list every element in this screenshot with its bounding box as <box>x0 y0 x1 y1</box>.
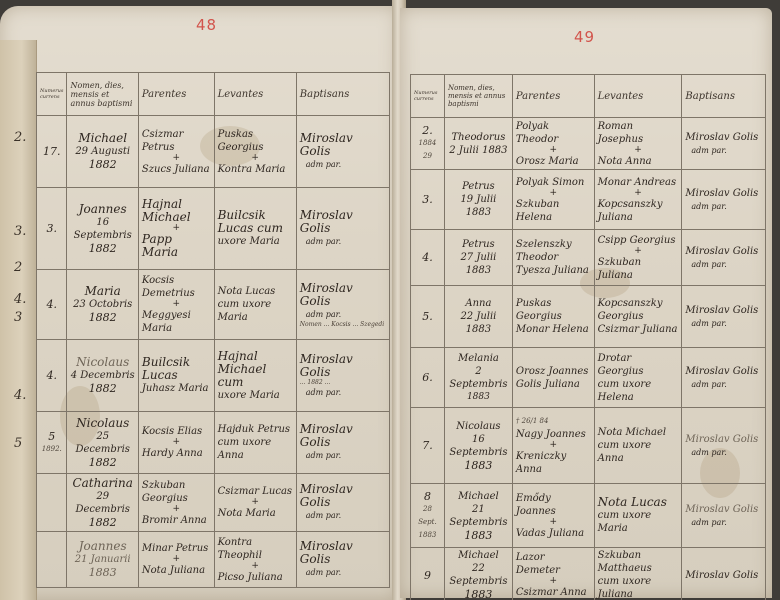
godparent-2: uxore Maria <box>218 389 293 402</box>
register-book: 48 2. 3. 2 4. 3 4. 5 Numerus currens Nom… <box>0 0 780 600</box>
baptizer-cell: Miroslav Golis adm par. Nomen ... Kocsis… <box>296 270 389 340</box>
baptism-year: 1882 <box>70 311 134 324</box>
baptizer-cell: Miroslav Golis adm par. <box>682 230 766 286</box>
child-name: Catharina <box>70 477 134 490</box>
parents-cell: Emődy Joannes + Vadas Juliana <box>512 484 594 548</box>
baptizer-signature: Miroslav Golis <box>300 423 386 449</box>
et-mark: + <box>218 498 293 507</box>
baptizer-note: adm par. <box>685 200 762 213</box>
baptizer-note: adm par. <box>300 566 386 579</box>
year-value: 1883 <box>466 265 491 276</box>
baptizer-cell: Miroslav Golis adm par. <box>682 118 766 170</box>
godparents-cell: Puskas Georgius + Kontra Maria <box>214 116 296 188</box>
entry-number: 8 28 Sept. 1883 <box>411 484 445 548</box>
father: Emődy Joannes <box>516 492 591 518</box>
header-godparents: Levantes <box>214 73 296 116</box>
godparents-cell: Csizmar Lucas + Nota Maria <box>214 474 296 532</box>
mother: Hardy Anna <box>142 447 211 460</box>
et-mark: + <box>142 438 211 447</box>
entry-number-value: 8 <box>424 490 431 503</box>
table-row: 9 Michael 22 Septembris 1883 Lazor Demet… <box>411 548 766 600</box>
table-row: 8 28 Sept. 1883 Michael 21 Septembris 18… <box>411 484 766 548</box>
parents-cell: Szelenszky Theodor Tyesza Juliana <box>512 230 594 286</box>
baptizer-cell: Miroslav Golis adm par. <box>296 532 389 588</box>
child-name: Michael <box>448 490 509 503</box>
et-mark: + <box>142 505 211 514</box>
baptism-date: 2 Septembris <box>448 365 509 391</box>
et-mark: + <box>516 189 591 198</box>
godparent-2: cum uxore Juliana <box>598 575 679 600</box>
table-row: 7. Nicolaus 16 Septembris 1883 † 26/1 84… <box>411 408 766 484</box>
date-value: 19 Julii <box>460 194 496 205</box>
child-name: Nicolaus <box>448 420 509 433</box>
name-date-cell: Maria 23 Octobris 1882 <box>67 270 138 340</box>
baptizer-cell: Miroslav Golis adm par. <box>682 348 766 408</box>
stub-number: 5 <box>14 436 22 451</box>
year-value: 1883 <box>466 324 491 335</box>
mother: Bromir Anna <box>142 514 211 527</box>
baptizer-note: adm par. <box>685 258 762 271</box>
baptism-date: 16 Septembris <box>70 216 134 242</box>
godparent-2: Nota Maria <box>218 507 293 520</box>
baptizer-note: adm par. <box>300 386 386 399</box>
parents-cell: Puskas Georgius Monar Helena <box>512 286 594 348</box>
et-mark: + <box>142 300 211 309</box>
entry-number: 4. <box>37 340 67 412</box>
et-mark: + <box>516 146 591 155</box>
godparents-cell: Kopcsanszky Georgius Csizmar Juliana <box>594 286 682 348</box>
baptizer-cell: Miroslav Golis adm par. <box>682 484 766 548</box>
baptizer-signature: Miroslav Golis <box>300 353 386 379</box>
baptizer-cell: Miroslav Golis adm par. <box>682 286 766 348</box>
entry-number: 4. <box>411 230 445 286</box>
baptizer-note: adm par. <box>685 317 762 330</box>
table-row: 4. Maria 23 Octobris 1882 Kocsis Demetri… <box>37 270 390 340</box>
parents-cell: Minar Petrus + Nota Juliana <box>138 532 214 588</box>
godparents-cell: Hajduk Petrus cum uxore Anna <box>214 412 296 474</box>
godparent-1: Nota Lucas <box>218 285 293 298</box>
entry-number-value: 2. <box>422 124 433 137</box>
name-date-cell: Joannes 21 Januarii 1883 <box>67 532 138 588</box>
entry-number <box>37 474 67 532</box>
baptizer-note: adm par. <box>300 308 386 321</box>
et-mark: + <box>598 189 679 198</box>
godparent-1: Roman Josephus <box>598 120 679 146</box>
godparents-cell: Monar Andreas + Kopcsanszky Juliana <box>594 170 682 230</box>
baptizer-note: adm par. <box>300 158 386 171</box>
margin-note: 1892. <box>40 443 63 456</box>
header-parents: Parentes <box>138 73 214 116</box>
father: Lazor Demeter <box>516 551 591 577</box>
parents-cell: † 26/1 84 Nagy Joannes + Kreniczky Anna <box>512 408 594 484</box>
child-name: Petrus <box>448 180 509 193</box>
stub-number: 2 <box>14 260 22 275</box>
baptism-date: 23 Octobris <box>70 298 134 311</box>
margin-note: 28 Sept. 1883 <box>414 503 441 542</box>
parents-cell: Polyak Theodor + Orosz Maria <box>512 118 594 170</box>
child-name: Anna <box>448 297 509 310</box>
godparent-2: cum uxore Maria <box>598 509 679 535</box>
baptizer-cell: Miroslav Golis adm par. <box>296 474 389 532</box>
table-row: 6. Melania 2 Septembris 1883 Orosz Joann… <box>411 348 766 408</box>
baptizer-signature: Miroslav Golis <box>685 569 762 582</box>
child-name: Joannes <box>70 203 134 216</box>
header-number: Numerus currens <box>411 75 445 118</box>
year-value: 1883 <box>466 207 491 218</box>
baptism-date: 29 Decembris <box>70 490 134 516</box>
baptizer-signature: Miroslav Golis <box>685 365 762 378</box>
godparent-2: uxore Maria <box>218 235 293 248</box>
baptizer-cell: Miroslav Golis <box>682 548 766 600</box>
margin-note: 1884 29 <box>414 137 441 163</box>
name-date-cell: Nicolaus 25 Decembris 1882 <box>67 412 138 474</box>
baptism-date: 2 Julii 1883 <box>448 144 509 157</box>
baptism-date: 4 Decembris <box>70 369 134 382</box>
header-name: Nomen, dies, mensis et annus baptismi <box>444 75 512 118</box>
table-row: 5 1892. Nicolaus 25 Decembris 1882 Kocsi… <box>37 412 390 474</box>
godparent-2: Szkuban Juliana <box>598 256 679 282</box>
godparents-cell: Csipp Georgius + Szkuban Juliana <box>594 230 682 286</box>
baptism-year: 1883 <box>70 566 134 579</box>
baptizer-signature: Miroslav Golis <box>300 540 386 566</box>
entry-number: 5. <box>411 286 445 348</box>
godparent-2: Nota Anna <box>598 155 679 168</box>
register-table-left: Numerus currens Nomen, dies, mensis et a… <box>36 72 390 588</box>
et-mark: + <box>516 441 591 450</box>
table-row: 2. 1884 29 Theodorus 2 Julii 1883 Polyak… <box>411 118 766 170</box>
name-date-cell: Catharina 29 Decembris 1882 <box>67 474 138 532</box>
mother: Nota Juliana <box>142 564 211 577</box>
name-date-cell: Michael 21 Septembris 1883 <box>444 484 512 548</box>
name-date-cell: Nicolaus 4 Decembris 1882 <box>67 340 138 412</box>
godparent-1: Csipp Georgius <box>598 234 679 247</box>
father: Szelenszky Theodor <box>516 238 591 264</box>
mother: Vadas Juliana <box>516 527 591 540</box>
entry-number: 3. <box>37 188 67 270</box>
name-date-cell: Michael 29 Augusti 1882 <box>67 116 138 188</box>
child-name: Nicolaus <box>70 356 134 369</box>
godparents-cell: Roman Josephus + Nota Anna <box>594 118 682 170</box>
baptism-date: 22 Julii 1883 <box>448 310 509 336</box>
baptism-date: 21 Septembris <box>448 503 509 529</box>
baptizer-note: adm par. <box>685 378 762 391</box>
stub-number: 2. <box>14 130 26 145</box>
godparents-cell: Nota Lucas cum uxore Maria <box>594 484 682 548</box>
name-date-cell: Melania 2 Septembris 1883 <box>444 348 512 408</box>
stub-number: 3 <box>14 310 22 325</box>
baptizer-note: adm par. <box>300 449 386 462</box>
godparent-1: Szkuban Matthaeus <box>598 549 679 575</box>
table-row: Catharina 29 Decembris 1882 Szkuban Geor… <box>37 474 390 532</box>
et-mark: + <box>142 154 211 163</box>
mother: Juhasz Maria <box>142 382 211 395</box>
header-row: Numerus currens Nomen, dies, mensis et a… <box>37 73 390 116</box>
baptism-date: 27 Julii 1883 <box>448 251 509 277</box>
baptizer-cell: Miroslav Golis adm par. <box>682 408 766 484</box>
register-table-right: Numerus currens Nomen, dies, mensis et a… <box>410 74 766 600</box>
parents-cell: Polyak Simon + Szkuban Helena <box>512 170 594 230</box>
mother: Tyesza Juliana <box>516 264 591 277</box>
baptizer-note: adm par. <box>685 144 762 157</box>
parents-cell: Csizmar Petrus + Szucs Juliana <box>138 116 214 188</box>
child-name: Maria <box>70 285 134 298</box>
page-number-right: 49 <box>574 28 595 46</box>
mother: Golis Juliana <box>516 378 591 391</box>
date-value: 27 Julii <box>460 252 496 263</box>
correction-note: Nomen ... Kocsis ... Szegedi <box>300 321 386 328</box>
father: Puskas Georgius <box>516 297 591 323</box>
godparent-1: Builcsik Lucas cum <box>218 209 293 235</box>
baptizer-signature: Miroslav Golis <box>300 209 386 235</box>
godparents-cell: Drotar Georgius cum uxore Helena <box>594 348 682 408</box>
baptizer-cell: Miroslav Golis adm par. <box>296 412 389 474</box>
et-mark: + <box>516 518 591 527</box>
entry-number: 17. <box>37 116 67 188</box>
parents-cell: Kocsis Elias + Hardy Anna <box>138 412 214 474</box>
godparent-2: cum uxore Helena <box>598 378 679 404</box>
et-mark: + <box>598 146 679 155</box>
godparent-1: Hajduk Petrus <box>218 423 293 436</box>
parents-cell: Lazor Demeter + Csizmar Anna <box>512 548 594 600</box>
godparents-cell: Nota Lucas cum uxore Maria <box>214 270 296 340</box>
godparent-1: Nota Lucas <box>598 496 679 509</box>
godparents-cell: Nota Michael cum uxore Anna <box>594 408 682 484</box>
godparent-2: Kontra Maria <box>218 163 293 176</box>
name-date-cell: Theodorus 2 Julii 1883 <box>444 118 512 170</box>
baptizer-note: adm par. <box>685 446 762 459</box>
godparent-2: Picso Juliana <box>218 571 293 584</box>
father: Szkuban Georgius <box>142 479 211 505</box>
baptizer-signature: Miroslav Golis <box>685 131 762 144</box>
table-row: 3. Petrus 19 Julii 1883 Polyak Simon + S… <box>411 170 766 230</box>
date-value: 22 Julii <box>460 311 496 322</box>
child-name: Petrus <box>448 238 509 251</box>
mother: Kreniczky Anna <box>516 450 591 476</box>
table-row: 17. Michael 29 Augusti 1882 Csizmar Petr… <box>37 116 390 188</box>
baptism-year: 1882 <box>70 456 134 469</box>
godparents-cell: Kontra Theophil + Picso Juliana <box>214 532 296 588</box>
date-value: 2 Julii <box>449 145 479 156</box>
godparent-1: Monar Andreas <box>598 176 679 189</box>
correction-note: ... 1882 ... <box>300 379 386 386</box>
child-name: Melania <box>448 352 509 365</box>
header-baptizer: Baptisans <box>296 73 389 116</box>
baptizer-signature: Miroslav Golis <box>685 187 762 200</box>
child-name: Michael <box>70 132 134 145</box>
baptizer-signature: Miroslav Golis <box>685 503 762 516</box>
father: Kocsis Demetrius <box>142 274 211 300</box>
godparent-1: Drotar Georgius <box>598 352 679 378</box>
entry-number: 4. <box>37 270 67 340</box>
et-mark: + <box>516 577 591 586</box>
godparent-1: Kontra Theophil <box>218 536 293 562</box>
baptism-date: 21 Januarii <box>70 553 134 566</box>
table-row: 5. Anna 22 Julii 1883 Puskas Georgius Mo… <box>411 286 766 348</box>
name-date-cell: Anna 22 Julii 1883 <box>444 286 512 348</box>
parents-cell: Builcsik Lucas Juhasz Maria <box>138 340 214 412</box>
header-name: Nomen, dies, mensis et annus baptismi <box>67 73 138 116</box>
baptizer-cell: Miroslav Golis ... 1882 ... adm par. <box>296 340 389 412</box>
header-godparents: Levantes <box>594 75 682 118</box>
mother: Orosz Maria <box>516 155 591 168</box>
father: Hajnal Michael <box>142 198 211 224</box>
header-number: Numerus currens <box>37 73 67 116</box>
godparent-1: Hajnal Michael cum <box>218 350 293 389</box>
baptism-year: 1883 <box>448 529 509 542</box>
name-date-cell: Petrus 19 Julii 1883 <box>444 170 512 230</box>
year-value: 1883 <box>482 145 507 156</box>
stub-number: 4. <box>14 292 26 307</box>
baptizer-signature: Miroslav Golis <box>685 245 762 258</box>
entry-number: 5 1892. <box>37 412 67 474</box>
baptizer-cell: Miroslav Golis adm par. <box>682 170 766 230</box>
entry-number: 9 <box>411 548 445 600</box>
left-margin-stub: 2. 3. 2 4. 3 4. 5 <box>0 40 37 600</box>
godparents-cell: Szkuban Matthaeus cum uxore Juliana <box>594 548 682 600</box>
stub-number: 4. <box>14 388 26 403</box>
name-date-cell: Joannes 16 Septembris 1882 <box>67 188 138 270</box>
baptism-year: 1882 <box>70 382 134 395</box>
baptizer-note: adm par. <box>300 235 386 248</box>
stub-number: 3. <box>14 224 26 239</box>
godparent-2: cum uxore Maria <box>218 298 293 324</box>
godparent-2: Kopcsanszky Juliana <box>598 198 679 224</box>
mother: Szucs Juliana <box>142 163 211 176</box>
mother: Csizmar Anna <box>516 586 591 599</box>
parents-cell: Kocsis Demetrius + Meggyesi Maria <box>138 270 214 340</box>
child-name: Theodorus <box>448 131 509 144</box>
baptism-date: 19 Julii 1883 <box>448 193 509 219</box>
entry-number <box>37 532 67 588</box>
header-baptizer: Baptisans <box>682 75 766 118</box>
parents-cell: Orosz Joannes Golis Juliana <box>512 348 594 408</box>
parents-cell: Hajnal Michael + Papp Maria <box>138 188 214 270</box>
entry-number-value: 5 <box>48 430 55 443</box>
godparent-2: Csizmar Juliana <box>598 323 679 336</box>
name-date-cell: Michael 22 Septembris 1883 <box>444 548 512 600</box>
baptizer-signature: Miroslav Golis <box>685 433 762 446</box>
death-note: † 26/1 84 <box>516 415 591 428</box>
baptizer-signature: Miroslav Golis <box>300 132 386 158</box>
godparent-1: Puskas Georgius <box>218 128 293 154</box>
entry-number: 2. 1884 29 <box>411 118 445 170</box>
godparents-cell: Builcsik Lucas cum uxore Maria <box>214 188 296 270</box>
mother: Papp Maria <box>142 233 211 259</box>
father: Builcsik Lucas <box>142 356 211 382</box>
godparent-1: Kopcsanszky Georgius <box>598 297 679 323</box>
table-row: Joannes 21 Januarii 1883 Minar Petrus + … <box>37 532 390 588</box>
godparent-2: cum uxore Anna <box>598 439 679 465</box>
godparent-1: Nota Michael <box>598 426 679 439</box>
et-mark: + <box>218 562 293 571</box>
et-mark: + <box>598 247 679 256</box>
baptism-date: 25 Decembris <box>70 430 134 456</box>
baptism-year: 1882 <box>70 516 134 529</box>
baptizer-cell: Miroslav Golis adm par. <box>296 116 389 188</box>
father: Csizmar Petrus <box>142 128 211 154</box>
parents-cell: Szkuban Georgius + Bromir Anna <box>138 474 214 532</box>
baptism-year: 1882 <box>70 158 134 171</box>
name-date-cell: Petrus 27 Julii 1883 <box>444 230 512 286</box>
mother: Meggyesi Maria <box>142 309 211 335</box>
baptism-date: 22 Septembris <box>448 562 509 588</box>
father: Orosz Joannes <box>516 365 591 378</box>
child-name: Joannes <box>70 540 134 553</box>
table-row: 4. Petrus 27 Julii 1883 Szelenszky Theod… <box>411 230 766 286</box>
table-row: 3. Joannes 16 Septembris 1882 Hajnal Mic… <box>37 188 390 270</box>
et-mark: + <box>218 154 293 163</box>
godparent-2: cum uxore Anna <box>218 436 293 462</box>
name-date-cell: Nicolaus 16 Septembris 1883 <box>444 408 512 484</box>
baptizer-signature: Miroslav Golis <box>685 304 762 317</box>
baptism-year: 1882 <box>70 242 134 255</box>
et-mark: + <box>142 555 211 564</box>
entry-number: 7. <box>411 408 445 484</box>
entry-number: 6. <box>411 348 445 408</box>
baptism-date: 16 Septembris <box>448 433 509 459</box>
baptizer-note: adm par. <box>300 509 386 522</box>
table-row: 4. Nicolaus 4 Decembris 1882 Builcsik Lu… <box>37 340 390 412</box>
baptizer-note: adm par. <box>685 516 762 529</box>
father: Polyak Simon <box>516 176 591 189</box>
entry-number: 3. <box>411 170 445 230</box>
child-name: Nicolaus <box>70 417 134 430</box>
mother: Monar Helena <box>516 323 591 336</box>
baptism-date: 29 Augusti <box>70 145 134 158</box>
baptizer-signature: Miroslav Golis <box>300 282 386 308</box>
child-name: Michael <box>448 549 509 562</box>
baptism-year: 1883 <box>448 391 509 404</box>
baptism-year: 1883 <box>448 459 509 472</box>
baptizer-cell: Miroslav Golis adm par. <box>296 188 389 270</box>
page-number-left: 48 <box>196 16 217 34</box>
baptism-year: 1883 <box>448 588 509 600</box>
mother: Szkuban Helena <box>516 198 591 224</box>
header-row: Numerus currens Nomen, dies, mensis et a… <box>411 75 766 118</box>
baptizer-signature: Miroslav Golis <box>300 483 386 509</box>
father: Polyak Theodor <box>516 120 591 146</box>
header-parents: Parentes <box>512 75 594 118</box>
godparents-cell: Hajnal Michael cum uxore Maria <box>214 340 296 412</box>
